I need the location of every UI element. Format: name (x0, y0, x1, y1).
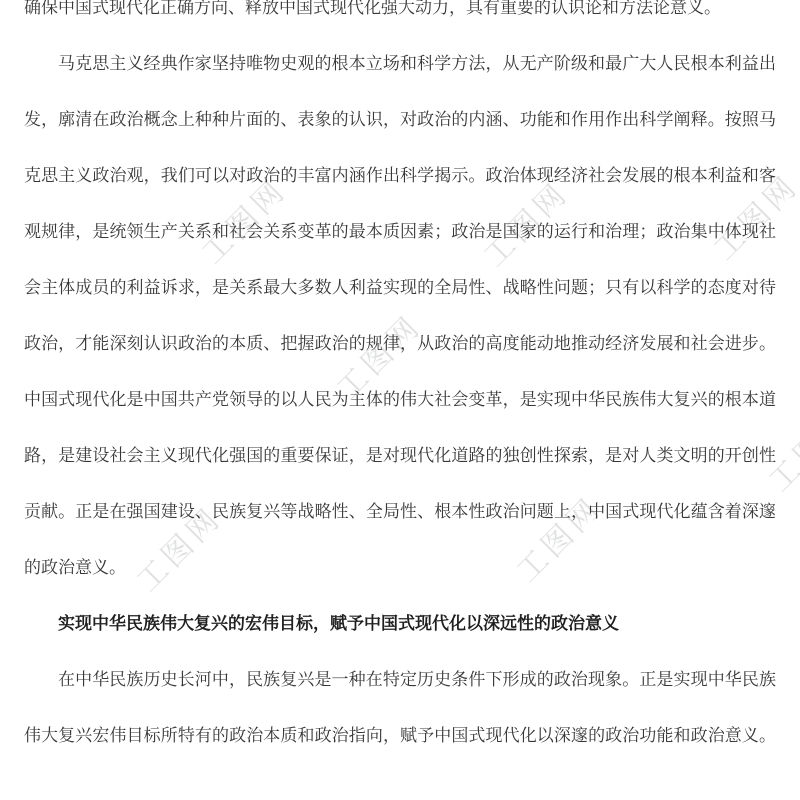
text-line: 伟大复兴宏伟目标所特有的政治本质和政治指向，赋予中国式现代化以深邃的政治功能和政… (24, 708, 776, 764)
section-heading: 实现中华民族伟大复兴的宏伟目标，赋予中国式现代化以深远性的政治意义 (24, 596, 776, 652)
document-text-block: 确保中国式现代化正确方向、释放中国式现代化强大动力，具有重要的认识论和方法论意义… (24, 0, 776, 764)
text-line: 路，是建设社会主义现代化强国的重要保证，是对现代化道路的独创性探索，是对人类文明… (24, 428, 776, 484)
text-line: 贡献。正是在强国建设、民族复兴等战略性、全局性、根本性政治问题上，中国式现代化蕴… (24, 484, 776, 540)
text-line: 确保中国式现代化正确方向、释放中国式现代化强大动力，具有重要的认识论和方法论意义… (24, 0, 776, 36)
text-line: 在中华民族历史长河中，民族复兴是一种在特定历史条件下形成的政治现象。正是实现中华… (24, 652, 776, 708)
text-line: 发，廓清在政治概念上种种片面的、表象的认识，对政治的内涵、功能和作用作出科学阐释… (24, 92, 776, 148)
text-line: 的政治意义。 (24, 540, 776, 596)
text-line: 政治，才能深刻认识政治的本质、把握政治的规律，从政治的高度能动地推动经济发展和社… (24, 316, 776, 372)
text-line: 克思主义政治观，我们可以对政治的丰富内涵作出科学揭示。政治体现经济社会发展的根本… (24, 148, 776, 204)
document-page: 工图网工图网工图网工图网工图网工图网工图网 确保中国式现代化正确方向、释放中国式… (0, 0, 800, 800)
text-line: 观规律，是统领生产关系和社会关系变革的最本质因素；政治是国家的运行和治理；政治集… (24, 204, 776, 260)
text-line: 中国式现代化是中国共产党领导的以人民为主体的伟大社会变革，是实现中华民族伟大复兴… (24, 372, 776, 428)
text-line: 会主体成员的利益诉求，是关系最大多数人利益实现的全局性、战略性问题；只有以科学的… (24, 260, 776, 316)
text-line: 马克思主义经典作家坚持唯物史观的根本立场和科学方法，从无产阶级和最广大人民根本利… (24, 36, 776, 92)
